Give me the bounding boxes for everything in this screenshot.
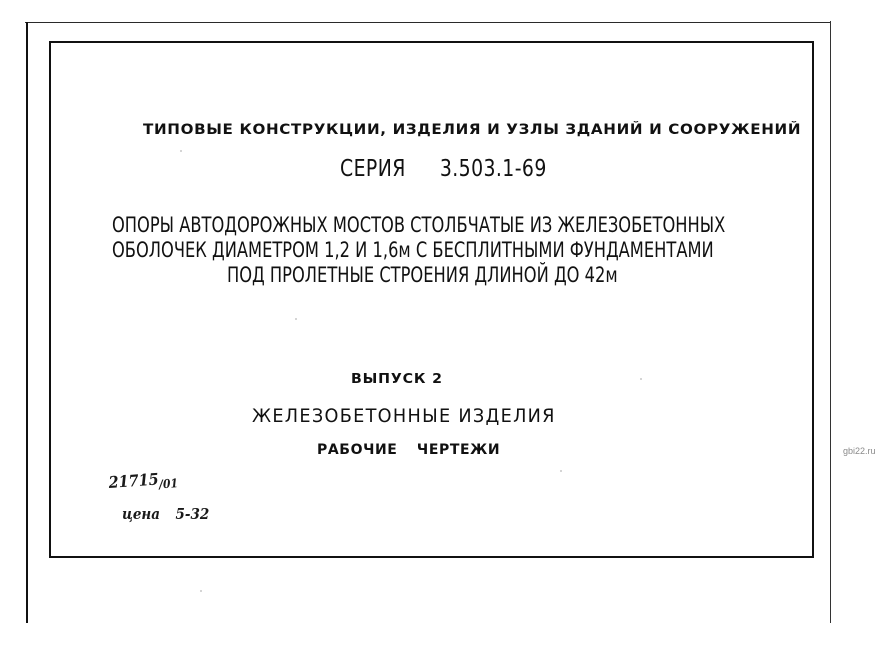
document-title-line-1: ОПОРЫ АВТОДОРОЖНЫХ МОСТОВ СТОЛБЧАТЫЕ ИЗ … bbox=[112, 213, 725, 237]
collection-header: ТИПОВЫЕ КОНСТРУКЦИИ, ИЗДЕЛИЯ И УЗЛЫ ЗДАН… bbox=[143, 122, 801, 138]
outer-frame-top-line bbox=[25, 22, 831, 23]
issue-number: ВЫПУСК 2 bbox=[351, 371, 443, 387]
outer-frame-left-line bbox=[26, 22, 28, 623]
scan-speck bbox=[200, 590, 202, 592]
inventory-number: 21715 bbox=[108, 470, 159, 492]
series-designation: СЕРИЯ 3.503.1-69 bbox=[340, 156, 547, 182]
price-label: цена bbox=[122, 505, 160, 523]
document-title-line-2: ОБОЛОЧЕК ДИАМЕТРОМ 1,2 И 1,6м С БЕСПЛИТН… bbox=[112, 238, 714, 262]
outer-frame-right-line bbox=[830, 21, 831, 623]
document-title-line-3: ПОД ПРОЛЕТНЫЕ СТРОЕНИЯ ДЛИНОЙ ДО 42м bbox=[227, 263, 618, 287]
series-label: СЕРИЯ bbox=[340, 156, 406, 182]
scan-speck bbox=[180, 150, 182, 152]
scan-speck bbox=[295, 318, 297, 320]
series-number: 3.503.1-69 bbox=[440, 156, 547, 182]
watermark-text: gbi22.ru bbox=[843, 446, 876, 456]
scan-speck bbox=[560, 470, 562, 472]
scan-speck bbox=[640, 378, 642, 380]
scanned-document-page: ТИПОВЫЕ КОНСТРУКЦИИ, ИЗДЕЛИЯ И УЗЛЫ ЗДАН… bbox=[0, 0, 877, 656]
handwritten-price: цена 5-32 bbox=[122, 505, 209, 523]
inventory-suffix: /01 bbox=[159, 476, 179, 491]
price-value: 5-32 bbox=[176, 505, 210, 523]
handwritten-inventory-number: 21715/01 bbox=[108, 468, 178, 492]
drawings-label: РАБОЧИЕ ЧЕРТЕЖИ bbox=[317, 442, 500, 458]
issue-title: ЖЕЛЕЗОБЕТОННЫЕ ИЗДЕЛИЯ bbox=[252, 405, 556, 427]
